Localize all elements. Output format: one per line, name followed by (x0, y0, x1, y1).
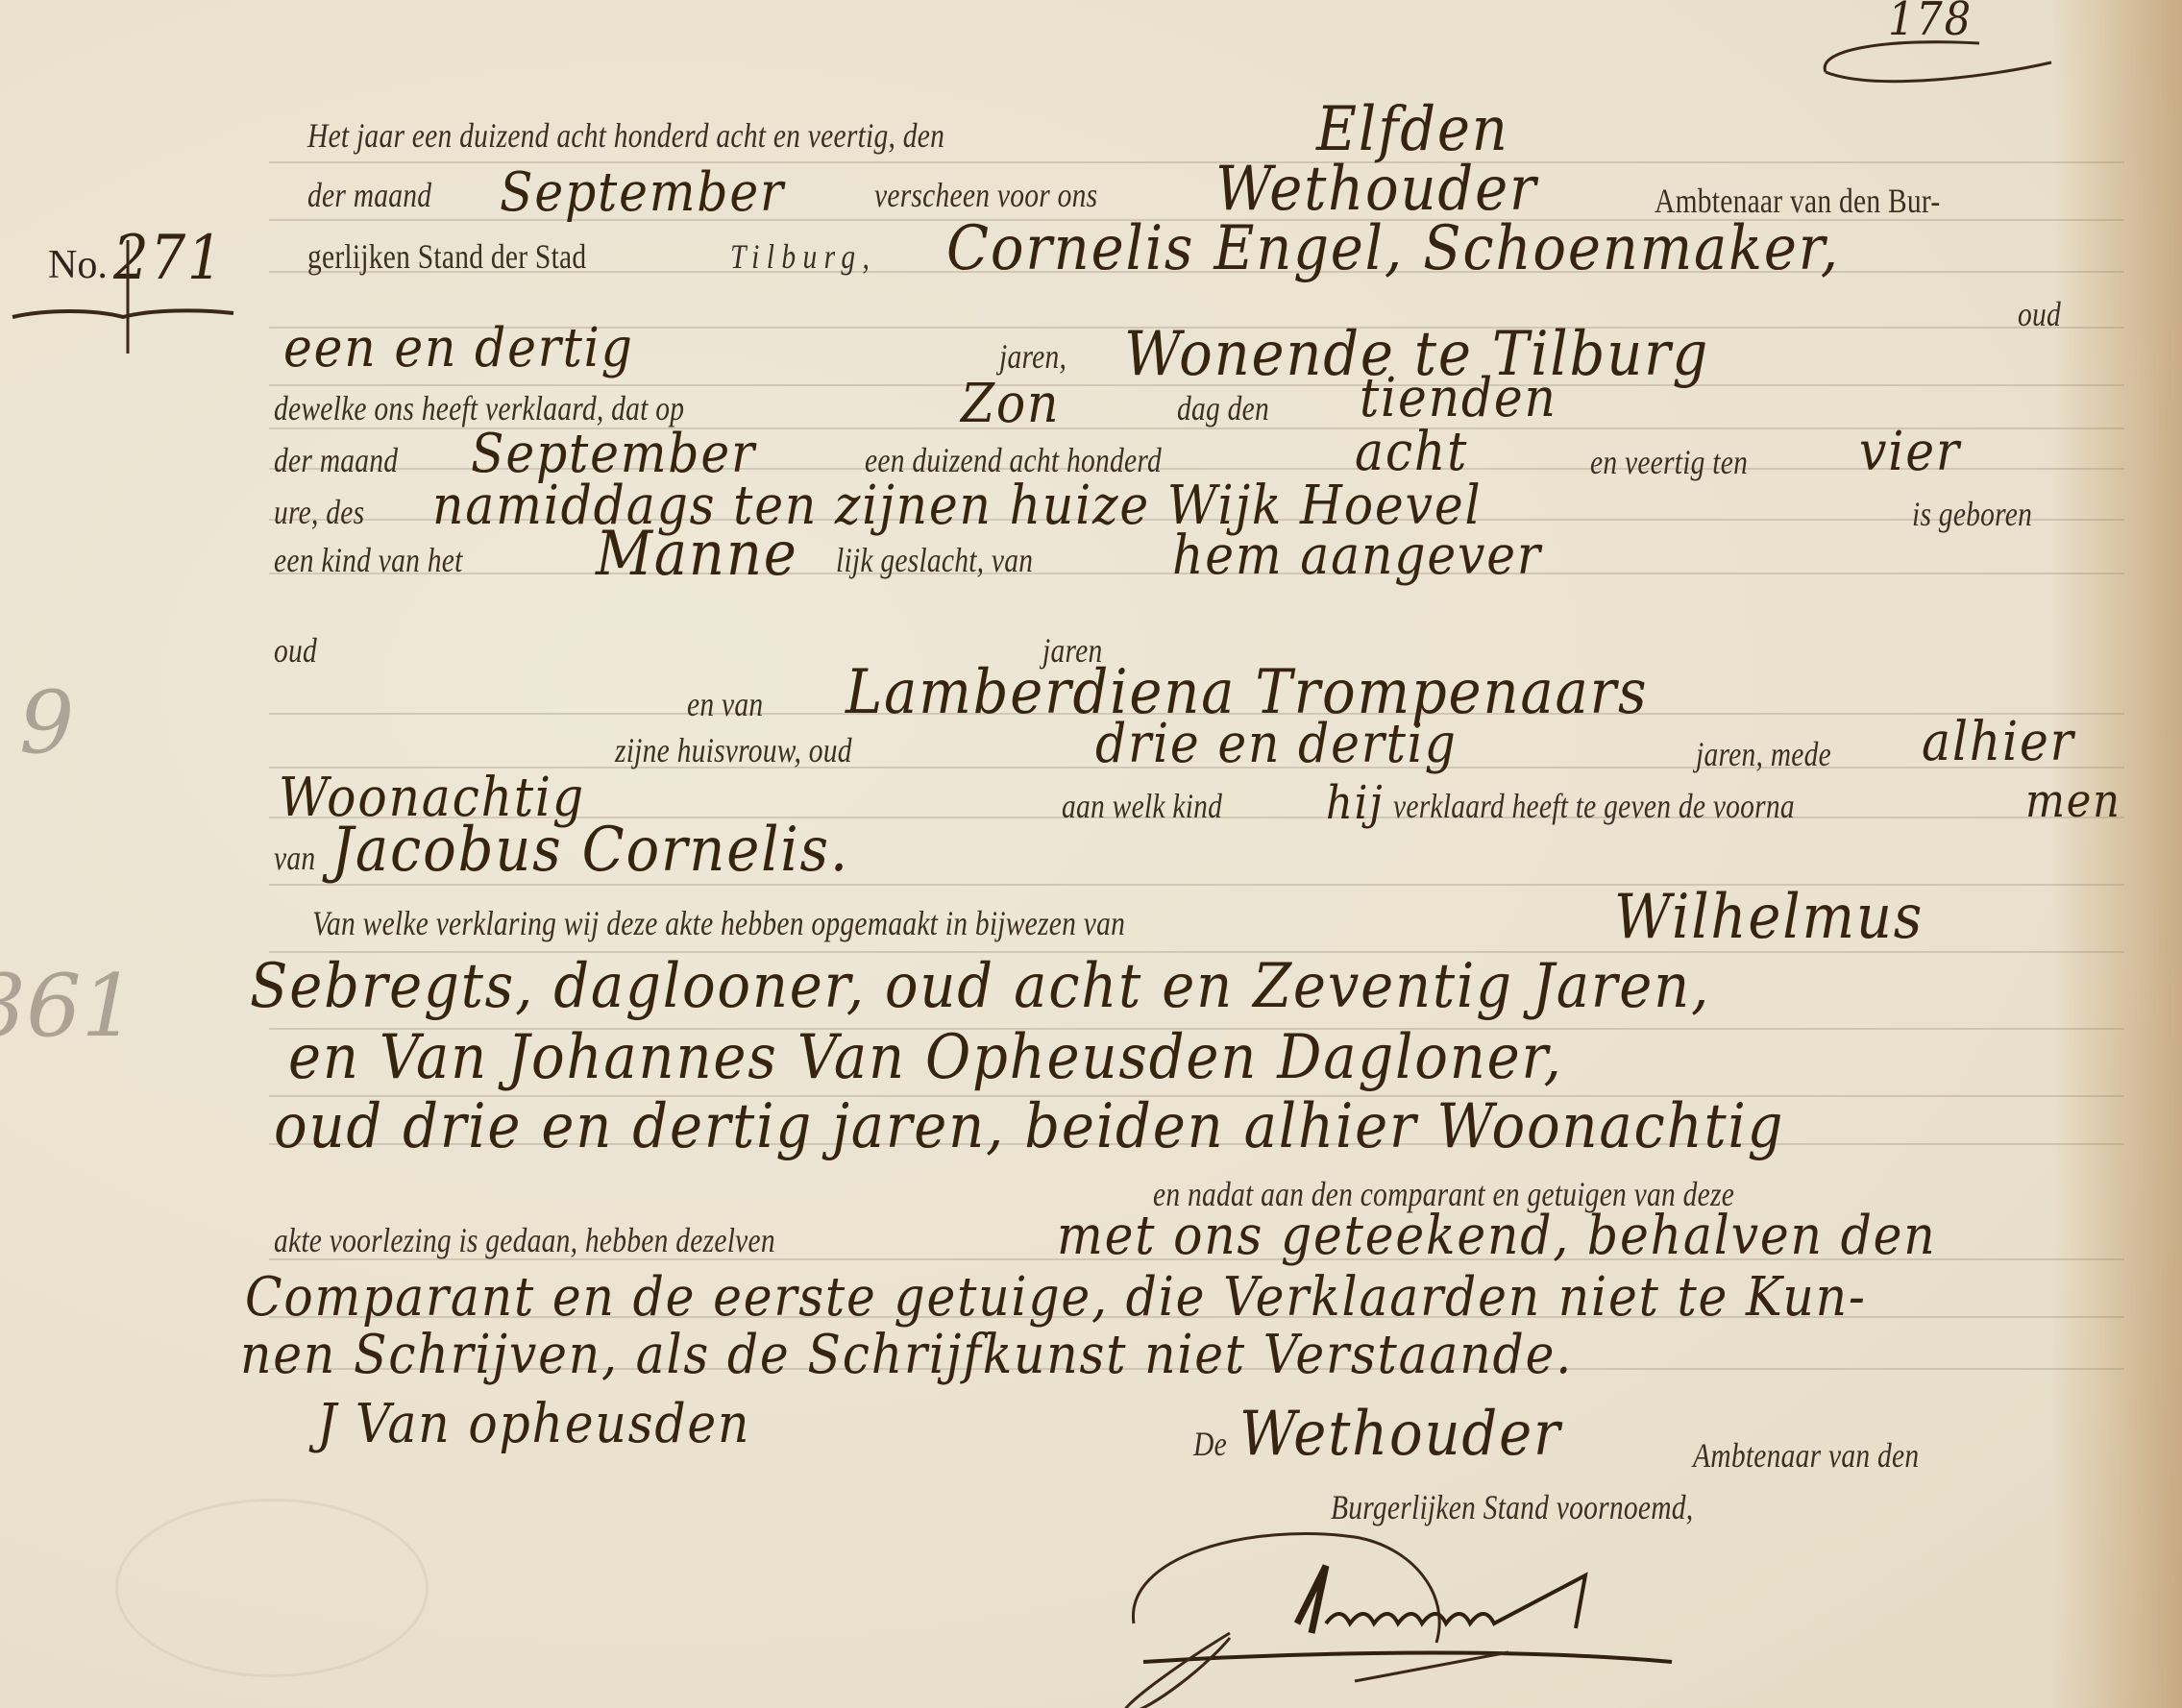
printed-text: dag den (1177, 388, 1269, 428)
handwritten-men: men (2025, 774, 2121, 828)
handwritten-mother-age: drie en dertig (1095, 713, 1458, 775)
printed-text: is geboren (1912, 494, 2032, 534)
printed-text: zijne huisvrouw, oud (615, 730, 852, 770)
handwritten-signing: nen Schrijven, als de Schrijfkunst niet … (240, 1324, 1573, 1386)
act-number: 271 (113, 223, 224, 294)
printed-text: der maand (274, 440, 398, 480)
printed-text: verscheen voor ons (874, 175, 1097, 215)
printed-text: Van welke verklaring wij deze akte hebbe… (312, 903, 1125, 943)
margin-note-9: 9 (19, 672, 74, 773)
handwritten-father: hem aangever (1172, 525, 1542, 587)
act-number-label: No. (48, 242, 108, 288)
handwritten-weekday: Zon (961, 373, 1060, 435)
printed-text: De (1193, 1424, 1227, 1464)
printed-text: gerlijken Stand der Stad (307, 236, 586, 277)
handwritten-hour: vier (1859, 421, 1961, 483)
handwritten-month: September (500, 161, 785, 224)
handwritten-witness-line: Sebregts, daglooner, oud acht en Zeventi… (250, 951, 1710, 1022)
ghost-stamp (115, 1499, 429, 1677)
printed-text: ure, des (274, 492, 364, 532)
printed-text: jaren, (999, 336, 1066, 377)
handwritten-sex: Manne (596, 519, 798, 590)
margin-note-361: 361 (0, 956, 136, 1057)
handwritten-signing: met ons geteekend, behalven den (1057, 1205, 1937, 1267)
printed-text: oud (2018, 294, 2061, 334)
printed-text: Het jaar een duizend acht honderd acht e… (307, 115, 944, 156)
handwritten-signing: Comparant en de eerste getuige, die Verk… (245, 1266, 1867, 1329)
printed-text: en van (687, 684, 763, 724)
handwritten-hij: hij (1326, 776, 1384, 830)
printed-text: Ambtenaar van den (1693, 1435, 1919, 1476)
printed-text: der maand (307, 175, 431, 215)
printed-text: een kind van het (274, 540, 463, 580)
handwritten-declarant: Cornelis Engel, Schoenmaker, (946, 213, 1840, 284)
handwritten-child-name: Jacobus Cornelis. (331, 815, 849, 886)
printed-text: aan welk kind (1062, 786, 1222, 826)
handwritten-witness-line: en Van Johannes Van Opheusden Dagloner, (288, 1022, 1563, 1093)
printed-text: van (274, 838, 315, 878)
printed-text: akte voorlezing is gedaan, hebben dezelv… (274, 1220, 775, 1260)
printed-text: en veertig ten (1590, 442, 1748, 482)
printed-city: Tilburg, (730, 236, 876, 277)
handwritten-age: een en dertig (283, 317, 634, 379)
official-signature (1105, 1518, 1797, 1708)
page-mark-flourish (1816, 19, 2066, 86)
printed-text: oud (274, 630, 317, 671)
witness-signature: J Van opheusden (317, 1393, 750, 1455)
handwritten-witness1: Wilhelmus (1614, 882, 1924, 953)
handwritten-official-title: Wethouder (1239, 1399, 1561, 1470)
printed-text: jaren, mede (1696, 734, 1831, 774)
printed-text: lijk geslacht, van (836, 540, 1033, 580)
printed-text: verklaard heeft te geven de voorna (1393, 786, 1795, 826)
handwritten-witness-line: oud drie en dertig jaren, beiden alhier … (274, 1091, 1784, 1162)
act-number-underline (8, 307, 238, 365)
handwritten-mother-residence: alhier (1922, 711, 2074, 773)
